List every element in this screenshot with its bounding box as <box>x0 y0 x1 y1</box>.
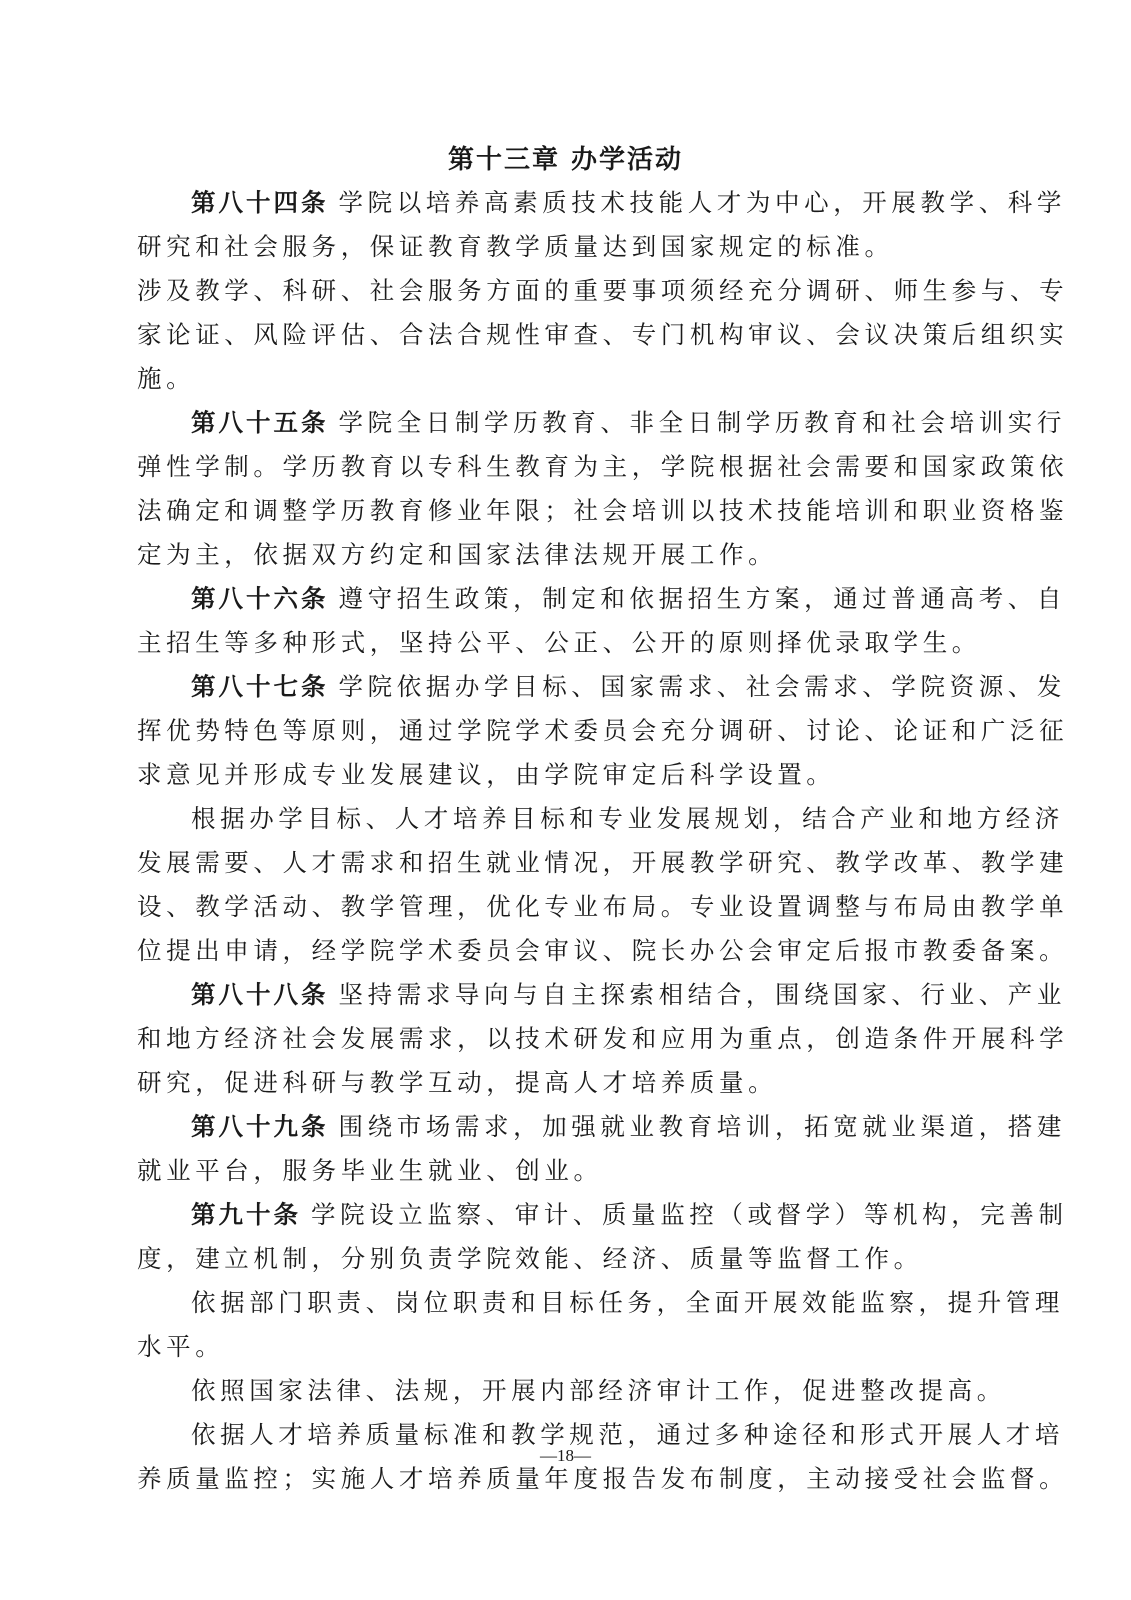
chapter-title: 第十三章 办学活动 <box>0 140 1131 180</box>
line-text: 围绕市场需求，加强就业教育培训，拓宽就业渠道，搭建 <box>339 1112 1067 1141</box>
line-text: 和地方经济社会发展需求，以技术研发和应用为重点，创造条件开展科学 <box>137 1024 1068 1053</box>
line-text: 学院设立监察、审计、质量监控（或督学）等机构，完善制 <box>311 1200 1068 1229</box>
line-text: 挥优势特色等原则，通过学院学术委员会充分调研、讨论、论证和广泛征 <box>137 716 1068 745</box>
line-text: 养质量监控；实施人才培养质量年度报告发布制度，主动接受社会监督。 <box>137 1464 1068 1493</box>
line-text: 设、教学活动、教学管理，优化专业布局。专业设置调整与布局由教学单 <box>137 892 1068 921</box>
text-line: 依据部门职责、岗位职责和目标任务，全面开展效能监察，提升管理 <box>137 1281 972 1325</box>
text-line: 求意见并形成专业发展建议，由学院审定后科学设置。 <box>137 753 972 797</box>
article-number: 第八十八条 <box>191 980 329 1009</box>
line-text: 主招生等多种形式，坚持公平、公正、公开的原则择优录取学生。 <box>137 628 981 657</box>
line-text: 法确定和调整学历教育修业年限；社会培训以技术技能培训和职业资格鉴 <box>137 496 1068 525</box>
text-line: 就业平台，服务毕业生就业、创业。 <box>137 1149 972 1193</box>
line-text: 度，建立机制，分别负责学院效能、经济、质量等监督工作。 <box>137 1244 923 1273</box>
line-text: 遵守招生政策，制定和依据招生方案，通过普通高考、自 <box>339 584 1067 613</box>
line-text: 坚持需求导向与自主探索相结合，围绕国家、行业、产业 <box>339 980 1067 1009</box>
line-text: 研究和社会服务，保证教育教学质量达到国家规定的标准。 <box>137 232 894 261</box>
text-line: 设、教学活动、教学管理，优化专业布局。专业设置调整与布局由教学单 <box>137 885 972 929</box>
text-line: 第八十七条学院依据办学目标、国家需求、社会需求、学院资源、发 <box>137 665 972 709</box>
text-line: 和地方经济社会发展需求，以技术研发和应用为重点，创造条件开展科学 <box>137 1017 972 1061</box>
line-text: 研究，促进科研与教学互动，提高人才培养质量。 <box>137 1068 777 1097</box>
line-text: 涉及教学、科研、社会服务方面的重要事项须经充分调研、师生参与、专 <box>137 276 1068 305</box>
text-line: 施。 <box>137 357 972 401</box>
line-text: 施。 <box>137 364 195 393</box>
line-text: 就业平台，服务毕业生就业、创业。 <box>137 1156 603 1185</box>
text-line: 主招生等多种形式，坚持公平、公正、公开的原则择优录取学生。 <box>137 621 972 665</box>
document-body: 第八十四条学院以培养高素质技术技能人才为中心，开展教学、科学研究和社会服务，保证… <box>137 181 972 1501</box>
text-line: 第八十八条坚持需求导向与自主探索相结合，围绕国家、行业、产业 <box>137 973 972 1017</box>
line-text: 弹性学制。学历教育以专科生教育为主，学院根据社会需要和国家政策依 <box>137 452 1068 481</box>
text-line: 发展需要、人才需求和招生就业情况，开展教学研究、教学改革、教学建 <box>137 841 972 885</box>
line-text: 发展需要、人才需求和招生就业情况，开展教学研究、教学改革、教学建 <box>137 848 1068 877</box>
text-line: 位提出申请，经学院学术委员会审议、院长办公会审定后报市教委备案。 <box>137 929 972 973</box>
document-page: 第十三章 办学活动 第八十四条学院以培养高素质技术技能人才为中心，开展教学、科学… <box>0 0 1131 1600</box>
line-text: 依据人才培养质量标准和教学规范，通过多种途径和形式开展人才培 <box>191 1420 1064 1449</box>
text-line: 第九十条学院设立监察、审计、质量监控（或督学）等机构，完善制 <box>137 1193 972 1237</box>
text-line: 研究和社会服务，保证教育教学质量达到国家规定的标准。 <box>137 225 972 269</box>
text-line: 根据办学目标、人才培养目标和专业发展规划，结合产业和地方经济 <box>137 797 972 841</box>
line-text: 定为主，依据双方约定和国家法律法规开展工作。 <box>137 540 777 569</box>
article-number: 第八十四条 <box>191 188 329 217</box>
page-number: —18— <box>0 1446 1131 1466</box>
line-text: 依据部门职责、岗位职责和目标任务，全面开展效能监察，提升管理 <box>191 1288 1064 1317</box>
text-line: 第八十五条学院全日制学历教育、非全日制学历教育和社会培训实行 <box>137 401 972 445</box>
text-line: 法确定和调整学历教育修业年限；社会培训以技术技能培训和职业资格鉴 <box>137 489 972 533</box>
text-line: 第八十九条围绕市场需求，加强就业教育培训，拓宽就业渠道，搭建 <box>137 1105 972 1149</box>
text-line: 涉及教学、科研、社会服务方面的重要事项须经充分调研、师生参与、专 <box>137 269 972 313</box>
text-line: 家论证、风险评估、合法合规性审查、专门机构审议、会议决策后组织实 <box>137 313 972 357</box>
text-line: 挥优势特色等原则，通过学院学术委员会充分调研、讨论、论证和广泛征 <box>137 709 972 753</box>
text-line: 定为主，依据双方约定和国家法律法规开展工作。 <box>137 533 972 577</box>
text-line: 研究，促进科研与教学互动，提高人才培养质量。 <box>137 1061 972 1105</box>
article-number: 第八十九条 <box>191 1112 329 1141</box>
text-line: 第八十六条遵守招生政策，制定和依据招生方案，通过普通高考、自 <box>137 577 972 621</box>
text-line: 依照国家法律、法规，开展内部经济审计工作，促进整改提高。 <box>137 1369 972 1413</box>
line-text: 学院依据办学目标、国家需求、社会需求、学院资源、发 <box>339 672 1067 701</box>
text-line: 第八十四条学院以培养高素质技术技能人才为中心，开展教学、科学 <box>137 181 972 225</box>
article-number: 第九十条 <box>191 1200 301 1229</box>
text-line: 度，建立机制，分别负责学院效能、经济、质量等监督工作。 <box>137 1237 972 1281</box>
article-number: 第八十五条 <box>191 408 329 437</box>
text-line: 水平。 <box>137 1325 972 1369</box>
line-text: 学院全日制学历教育、非全日制学历教育和社会培训实行 <box>339 408 1067 437</box>
article-number: 第八十七条 <box>191 672 329 701</box>
line-text: 依照国家法律、法规，开展内部经济审计工作，促进整改提高。 <box>191 1376 1006 1405</box>
article-number: 第八十六条 <box>191 584 329 613</box>
line-text: 根据办学目标、人才培养目标和专业发展规划，结合产业和地方经济 <box>191 804 1064 833</box>
line-text: 水平。 <box>137 1332 224 1361</box>
line-text: 求意见并形成专业发展建议，由学院审定后科学设置。 <box>137 760 835 789</box>
line-text: 家论证、风险评估、合法合规性审查、专门机构审议、会议决策后组织实 <box>137 320 1068 349</box>
text-line: 弹性学制。学历教育以专科生教育为主，学院根据社会需要和国家政策依 <box>137 445 972 489</box>
line-text: 位提出申请，经学院学术委员会审议、院长办公会审定后报市教委备案。 <box>137 936 1068 965</box>
line-text: 学院以培养高素质技术技能人才为中心，开展教学、科学 <box>339 188 1067 217</box>
